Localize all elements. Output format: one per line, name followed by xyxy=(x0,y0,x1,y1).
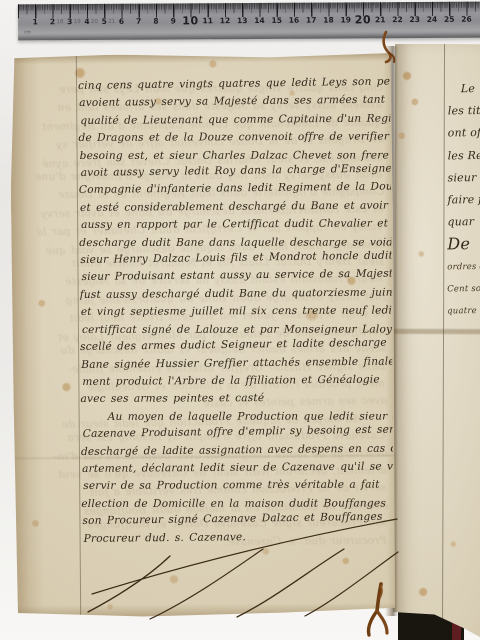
manuscript-page: cinq cens quatre vingts quatres que ledi… xyxy=(10,53,396,618)
handwritten-line: Bane signée Hussier Greffier attachés en… xyxy=(81,353,392,374)
ruler-number: 11 xyxy=(203,16,213,25)
ruler-number: 20 xyxy=(355,13,372,26)
ruler-number: 19 xyxy=(340,15,350,24)
adjacent-page: Leles titront offles Repsieur efaire fqu… xyxy=(393,44,480,640)
adjacent-page-text: Leles titront offles Repsieur efaire fqu… xyxy=(447,78,480,322)
handwritten-line: sieur Produisant estant aussy au service… xyxy=(81,266,391,287)
ruler-number: 3 xyxy=(67,17,72,26)
ruler-secondary-number: 18 xyxy=(56,19,63,25)
adjacent-page-fragment: Cent soixa xyxy=(447,278,480,301)
adjacent-page-fragment: faire f xyxy=(447,189,480,212)
ruler-number: 10 xyxy=(182,14,199,27)
ruler-number: 2 xyxy=(50,17,55,26)
ruler-number: 21 xyxy=(375,15,385,24)
ruler-number: 18 xyxy=(323,16,333,25)
ruler-number: 8 xyxy=(153,17,158,26)
ruler-secondary-number: 19 xyxy=(74,19,81,25)
ruler-number: 23 xyxy=(409,15,419,24)
handwritten-line: fust aussy deschargé dudit Bane du quato… xyxy=(80,284,392,304)
handwritten-line: Compagnie d'infanterie dans ledit Regime… xyxy=(79,179,391,200)
adjacent-page-fragment: quatre vingt xyxy=(447,300,480,323)
handwritten-line: ment produict l'Arbre de la ffilliation … xyxy=(82,371,392,391)
handwritten-line: Procureur dud. s. Cazenave. xyxy=(84,527,394,548)
ruler-number: 25 xyxy=(444,15,454,24)
ruler-number: 1 xyxy=(33,17,38,26)
handwritten-line: qualité de Lieutenant que comme Capitain… xyxy=(80,110,390,130)
ruler-number: 22 xyxy=(392,15,402,24)
adjacent-page-fragment: Le xyxy=(448,78,480,101)
handwritten-text-block: cinq cens quatre vingts quatres que ledi… xyxy=(78,76,394,548)
handwritten-line: de Dragons et de la Douze convenoit offr… xyxy=(78,129,390,148)
ruler-number: 7 xyxy=(136,17,141,26)
ruler-number: 6 xyxy=(119,17,124,26)
handwritten-line: et vingt septiesme juillet mil six cens … xyxy=(81,303,392,322)
ruler-number: 13 xyxy=(237,16,247,25)
ruler-secondary-number: 20 xyxy=(91,19,98,25)
adjacent-page-fragment: ordres dud xyxy=(447,255,480,278)
photo-scene: Leles titront offles Repsieur efaire fqu… xyxy=(0,0,480,640)
ruler-secondary-number: 21 xyxy=(108,19,115,25)
adjacent-page-fragment: quar xyxy=(447,211,480,234)
ruler-number: 26 xyxy=(461,15,471,24)
ruler-number: 15 xyxy=(272,16,282,25)
handwritten-line: deschargé de ladite assignation avec des… xyxy=(81,440,393,461)
adjacent-page-fragment: les Rep xyxy=(448,144,480,167)
metal-ruler: 1234567891011121314151617181920212223242… xyxy=(18,2,480,41)
handwritten-line: et esté considerablement deschargé du Ba… xyxy=(80,197,391,217)
handwritten-line: servir de sa Production comme très vérit… xyxy=(83,477,393,496)
adjacent-page-fragment: De xyxy=(447,233,480,256)
ruler-number: 17 xyxy=(306,16,316,25)
ruler-number: 12 xyxy=(220,16,230,25)
adjacent-page-fragment: les titr xyxy=(448,100,480,123)
ruler-number: 4 xyxy=(84,17,89,26)
handwritten-line: aussy en rapport par le Certifficat dudi… xyxy=(81,216,391,235)
handwritten-line: avec ses armes peintes et casté xyxy=(80,390,392,409)
ruler-number: 14 xyxy=(254,16,264,25)
adjacent-page-fragment: ont off xyxy=(448,122,480,145)
ruler-number: 16 xyxy=(289,16,299,25)
handwritten-line: avoient aussy servy sa Majesté dans ses … xyxy=(79,92,390,113)
ruler-number: 9 xyxy=(171,16,176,25)
ruler-number: 5 xyxy=(102,17,107,26)
adjacent-page-fragment: sieur e xyxy=(447,167,480,190)
handwritten-line: artement, déclarant ledit sieur de Cazen… xyxy=(82,458,393,478)
ruler-number: 24 xyxy=(427,15,437,24)
ruler-unit-label: cm xyxy=(24,30,31,35)
